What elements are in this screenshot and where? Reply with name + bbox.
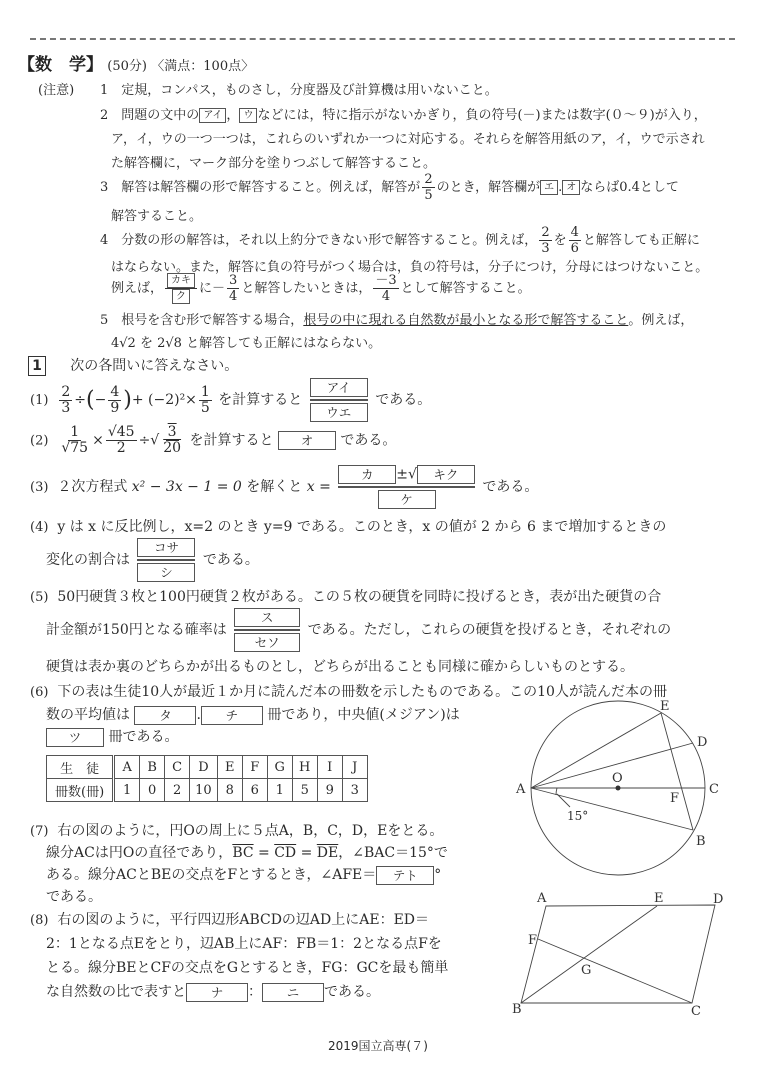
svg-text:E: E	[660, 699, 670, 714]
note-4-example: 例えば，カキクに－34と解答したいときは，－34として解答すること。	[111, 273, 531, 304]
question-7-line4: である。	[46, 886, 102, 906]
question-5-line2: 計金額が150円となる確率は スセソ である。ただし，これらの硬貨を投げるとき，…	[46, 608, 671, 652]
svg-text:D: D	[697, 735, 707, 750]
svg-text:F: F	[670, 791, 679, 806]
question-4-line1: (4) y は x に反比例し，x=2 のとき y=9 である。このとき，x の…	[30, 516, 666, 536]
note-2-line2: ア，イ，ウの一つ一つは，これらのいずれか一つに対応する。それらを解答用紙のア，イ…	[111, 128, 705, 147]
question-8-line1: (8) 右の図のように，平行四辺形ABCDの辺AD上にAE：ED＝	[30, 909, 429, 929]
answer-box-teto[interactable]: テト	[376, 866, 434, 885]
books-table: 生 徒 ABCDEFGHIJ 冊数(冊) 10210861593	[46, 755, 368, 802]
question-5-line1: (5) 50円硬貨３枚と100円硬貨２枚がある。この５枚の硬貨を同時に投げるとき…	[30, 586, 661, 606]
note-2-line1: 2 問題の文中のアイ，ウなどには，特に指示がないかぎり，負の符号(－)または数字…	[100, 104, 707, 123]
svg-text:G: G	[581, 963, 591, 978]
svg-text:B: B	[696, 834, 706, 849]
note-1: 1 定規，コンパス，ものさし，分度器及び計算機は用いないこと。	[100, 79, 498, 98]
question-4-line2: 変化の割合は コサシ である。	[46, 538, 259, 582]
time-limit: (50分)	[107, 59, 147, 74]
answer-box-ke[interactable]: ケ	[378, 490, 436, 509]
table-row-books: 冊数(冊) 10210861593	[47, 779, 368, 802]
svg-text:C: C	[709, 782, 719, 797]
example-box-u: ウ	[239, 108, 257, 123]
svg-text:A: A	[515, 782, 526, 797]
question-8-line3: とる。線分BEとCFの交点をGとするとき，FG：GCを最も簡単	[46, 957, 448, 977]
svg-text:C: C	[691, 1004, 701, 1019]
svg-text:D: D	[713, 892, 723, 907]
answer-box-ue[interactable]: ウエ	[310, 403, 368, 422]
answer-box-na[interactable]: ナ	[186, 983, 248, 1002]
note-4-line1: 4 分数の形の解答は，それ以上約分できない形で解答すること。例えば，23を46と…	[100, 225, 700, 256]
question-6-line3: ツ 冊である。	[46, 726, 178, 747]
full-score: 〈満点：100点〉	[151, 59, 254, 74]
note-5-line2: 4√2 を 2√8 と解答しても正解にはならない。	[111, 332, 381, 351]
answer-box-tsu[interactable]: ツ	[46, 728, 104, 747]
question-8-line4: な自然数の比で表すとナ：ニである。	[46, 981, 380, 1002]
question-7-line2: 線分ACは円Oの直径であり，BC = CD = DE，∠BAC＝15°で	[46, 842, 448, 862]
table-row-students: 生 徒 ABCDEFGHIJ	[47, 756, 368, 779]
answer-box-ka[interactable]: カ	[338, 465, 396, 484]
svg-text:B: B	[512, 1002, 522, 1017]
section-1-header: 1 次の各問いに答えなさい。	[28, 355, 238, 376]
answer-box-kosa[interactable]: コサ	[137, 538, 195, 557]
answer-box-shi[interactable]: シ	[137, 563, 195, 582]
svg-text:F: F	[528, 933, 537, 948]
svg-text:15°: 15°	[567, 809, 588, 823]
question-1: (1) 23÷(−49)+ (−2)²×15 を計算すると アイウエ である。	[30, 378, 431, 422]
notes-label: (注意)	[38, 79, 74, 98]
exam-header: 【数 学】 (50分) 〈満点：100点〉	[18, 50, 254, 75]
top-dashed-rule	[30, 38, 735, 40]
answer-box-chi[interactable]: チ	[201, 706, 263, 725]
question-7-line1: (7) 右の図のように，円Oの周上に５点A，B，C，D，Eをとる。	[30, 820, 443, 840]
note-3-line1: 3 解答は解答欄の形で解答すること。例えば，解答が25のとき，解答欄がエ.オなら…	[100, 172, 679, 203]
question-2: (2) 1√75×√452÷√320 を計算すると オ である。	[30, 425, 396, 456]
note-5-line1: 5 根号を含む形で解答する場合，根号の中に現れる自然数が最小となる形で解答するこ…	[100, 309, 693, 328]
answer-box-kiku[interactable]: キク	[417, 465, 475, 484]
parallelogram-figure: A E D F G B C	[500, 882, 765, 1022]
answer-box-ta[interactable]: タ	[134, 706, 196, 725]
question-5-line3: 硬貨は表か裏のどちらかが出るものとし，どちらが出ることも同様に確からしいものとす…	[46, 656, 634, 676]
svg-text:A: A	[536, 891, 547, 906]
question-8-line2: 2：1となる点Eをとり，辺AB上にAF：FB＝1：2となる点Fを	[46, 933, 442, 953]
note-2-line3: た解答欄に，マーク部分を塗りつぶして解答すること。	[111, 152, 436, 171]
page-footer: 2019国立高専(７)	[328, 1037, 428, 1054]
answer-box-seso[interactable]: セソ	[234, 633, 300, 652]
answer-fraction-1: アイウエ	[310, 378, 368, 422]
question-6-line2: 数の平均値は タ.チ 冊であり，中央値(メジアン)は	[46, 704, 460, 725]
answer-box-ni[interactable]: ニ	[262, 983, 324, 1002]
circle-figure: A B C D E O F 15°	[500, 680, 765, 880]
example-box-ai: アイ	[199, 108, 226, 123]
question-7-line3: ある。線分ACとBEの交点をFとするとき，∠AFE＝テト°	[46, 864, 441, 885]
question-3: (3) ２次方程式 x² − 3x − 1 = 0 を解くと x = カ±√キク…	[30, 465, 538, 509]
section-number: 1	[28, 356, 46, 376]
svg-text:E: E	[654, 891, 664, 906]
answer-box-o[interactable]: オ	[278, 431, 336, 450]
answer-box-ai[interactable]: アイ	[310, 378, 368, 397]
answer-box-su[interactable]: ス	[234, 608, 300, 627]
answer-fraction-3: カ±√キクケ	[338, 465, 475, 509]
subject-title: 【数 学】	[18, 55, 103, 75]
svg-text:O: O	[612, 771, 623, 786]
note-3-line2: 解答すること。	[111, 205, 202, 224]
